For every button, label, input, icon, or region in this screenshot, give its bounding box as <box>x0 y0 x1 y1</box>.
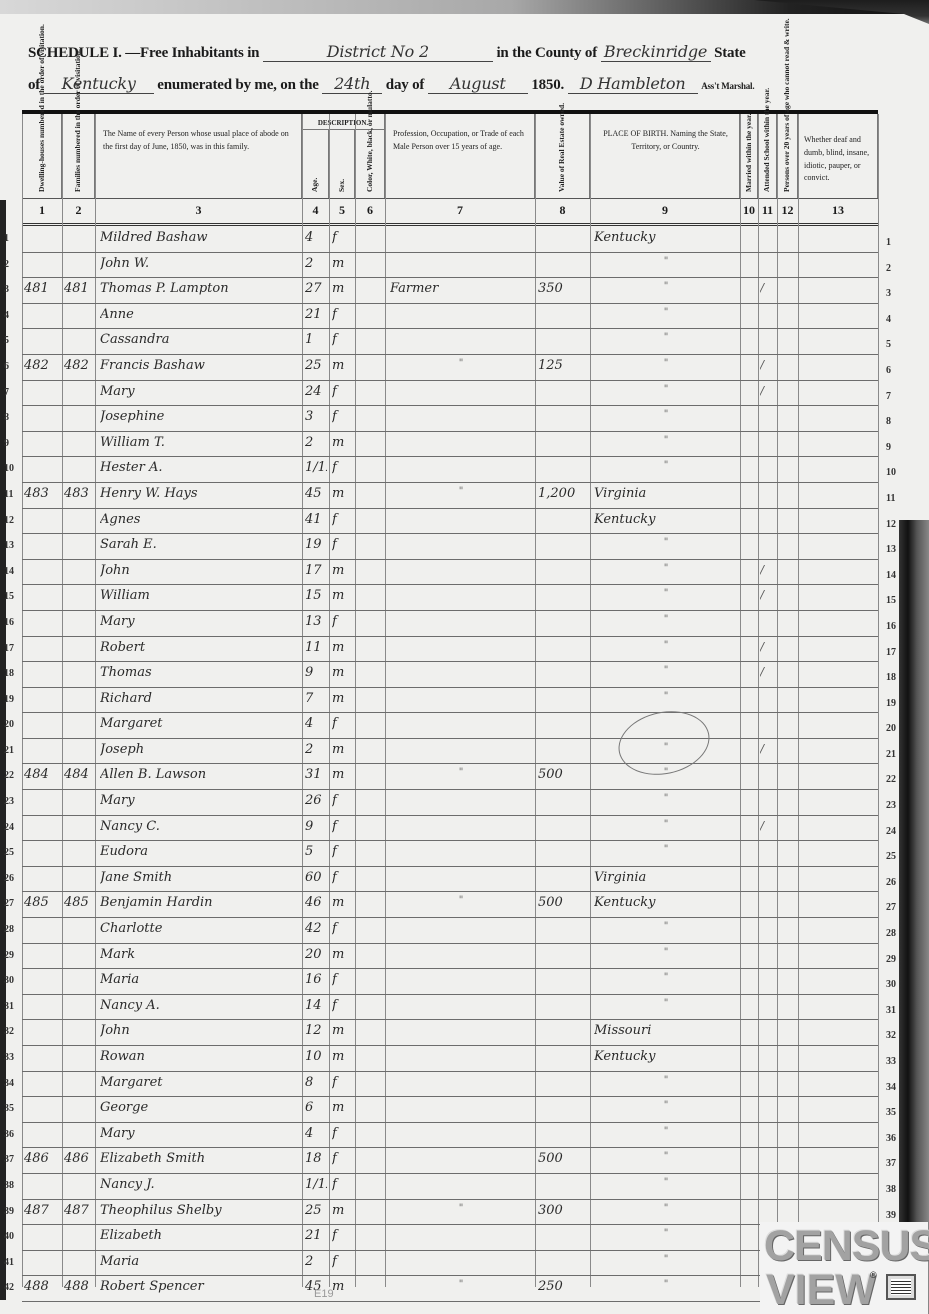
col-header-4: Age. <box>302 130 329 198</box>
person-name: Francis Bashaw <box>100 358 300 373</box>
table-row: 3737486486Elizabeth Smith18f500" <box>22 1148 878 1174</box>
age: 60 <box>305 870 327 885</box>
sex: m <box>332 691 354 706</box>
attended-school-mark: / <box>760 281 776 295</box>
person-name: Mildred Bashaw <box>100 230 300 245</box>
line-number-right: 22 <box>886 774 896 785</box>
table-row: 3838Nancy J.1/12f" <box>22 1174 878 1200</box>
birthplace: " <box>594 307 738 318</box>
col-num-13: 13 <box>798 203 878 218</box>
attended-school-mark: / <box>760 358 776 372</box>
line-number-left: 9 <box>4 438 9 449</box>
sex: m <box>332 1100 354 1115</box>
person-name: Mary <box>100 1126 300 1141</box>
sex: m <box>332 767 354 782</box>
age: 4 <box>305 1126 327 1141</box>
state-label: State <box>714 45 746 61</box>
birthplace: " <box>594 256 738 267</box>
line-number-left: 22 <box>4 770 14 781</box>
table-row: 1010Hester A.1/12f" <box>22 457 878 483</box>
line-number-right: 20 <box>886 723 896 734</box>
col-num-11: 11 <box>758 203 777 218</box>
sex: f <box>332 1177 354 1192</box>
attended-school-mark: / <box>760 640 776 654</box>
occupation: " <box>390 486 532 497</box>
dwelling-number: 486 <box>24 1151 60 1166</box>
line-number-left: 2 <box>4 259 9 270</box>
age: 12 <box>305 1023 327 1038</box>
person-name: Rowan <box>100 1049 300 1064</box>
person-name: Henry W. Hays <box>100 486 300 501</box>
table-row: 3434Margaret8f" <box>22 1072 878 1098</box>
line-number-left: 35 <box>4 1103 14 1114</box>
real-estate-value: 500 <box>538 1151 588 1166</box>
table-row: 1919Richard7m" <box>22 688 878 714</box>
line-number-left: 25 <box>4 847 14 858</box>
family-number: 482 <box>64 358 94 373</box>
table-row: 4040Elizabeth21f" <box>22 1225 878 1251</box>
person-name: John <box>100 563 300 578</box>
person-name: Mary <box>100 793 300 808</box>
line-number-left: 7 <box>4 387 9 398</box>
birthplace: " <box>594 921 738 932</box>
age: 2 <box>305 742 327 757</box>
sex: f <box>332 1075 354 1090</box>
line-number-right: 8 <box>886 416 891 427</box>
table-row: 3333Rowan10mKentucky <box>22 1046 878 1072</box>
birthplace: " <box>594 640 738 651</box>
person-name: Cassandra <box>100 332 300 347</box>
table-row: 1717Robert11m"/ <box>22 637 878 663</box>
dwelling-number: 483 <box>24 486 60 501</box>
age: 2 <box>305 256 327 271</box>
birthplace: " <box>594 972 738 983</box>
person-name: George <box>100 1100 300 1115</box>
line-number-right: 13 <box>886 544 896 555</box>
sex: m <box>332 1049 354 1064</box>
table-row: 2121Joseph2m"/ <box>22 739 878 765</box>
birthplace: " <box>594 998 738 1009</box>
line-number-right: 38 <box>886 1184 896 1195</box>
month-field: August <box>428 74 528 94</box>
line-number-right: 28 <box>886 928 896 939</box>
person-name: Benjamin Hardin <box>100 895 300 910</box>
line-number-left: 14 <box>4 566 14 577</box>
line-number-left: 34 <box>4 1078 14 1089</box>
sex: f <box>332 998 354 1013</box>
sex: m <box>332 563 354 578</box>
table-row: 77Mary24f"/ <box>22 381 878 407</box>
col-num-4: 4 <box>302 203 329 218</box>
birthplace: " <box>594 588 738 599</box>
table-row: 1616Mary13f" <box>22 611 878 637</box>
table-body: 11Mildred Bashaw4fKentucky22John W.2m"33… <box>22 227 878 1302</box>
birthplace: " <box>594 1075 738 1086</box>
sex: m <box>332 640 354 655</box>
sex: f <box>332 537 354 552</box>
line-number-right: 23 <box>886 800 896 811</box>
dwelling-number: 488 <box>24 1279 60 1294</box>
col-header-6: Color, White, black, or mulatto. <box>355 130 385 198</box>
age: 21 <box>305 307 327 322</box>
occupation: " <box>390 895 532 906</box>
birthplace: " <box>594 819 738 830</box>
attended-school-mark: / <box>760 742 776 756</box>
occupation: " <box>390 767 532 778</box>
person-name: Richard <box>100 691 300 706</box>
day-of-label: day of <box>386 77 424 93</box>
person-name: Eudora <box>100 844 300 859</box>
birthplace: " <box>594 1100 738 1111</box>
line-number-right: 37 <box>886 1158 896 1169</box>
sex: f <box>332 1228 354 1243</box>
sex: f <box>332 384 354 399</box>
line-number-right: 16 <box>886 621 896 632</box>
person-name: Josephine <box>100 409 300 424</box>
col-header-12: Persons over 20 years of age who cannot … <box>777 114 798 198</box>
age: 8 <box>305 1075 327 1090</box>
table-row: 1313Sarah E.19f" <box>22 534 878 560</box>
sex: m <box>332 588 354 603</box>
birthplace: Kentucky <box>594 1049 738 1064</box>
line-number-left: 17 <box>4 643 14 654</box>
line-number-right: 29 <box>886 954 896 965</box>
age: 24 <box>305 384 327 399</box>
attended-school-mark: / <box>760 384 776 398</box>
sex: m <box>332 947 354 962</box>
col-num-1: 1 <box>22 203 62 218</box>
birthplace: " <box>594 1177 738 1188</box>
line-number-left: 30 <box>4 975 14 986</box>
dwelling-number: 485 <box>24 895 60 910</box>
table-row: 2020Margaret4f <box>22 713 878 739</box>
table-row: 4141Maria2f" <box>22 1251 878 1277</box>
family-number: 486 <box>64 1151 94 1166</box>
sex: m <box>332 665 354 680</box>
line-number-left: 33 <box>4 1052 14 1063</box>
sex: f <box>332 716 354 731</box>
sex: m <box>332 1279 354 1294</box>
line-number-right: 39 <box>886 1210 896 1221</box>
table-row: 44Anne21f" <box>22 304 878 330</box>
sex: m <box>332 486 354 501</box>
birthplace: " <box>594 665 738 676</box>
sex: m <box>332 435 354 450</box>
person-name: Robert <box>100 640 300 655</box>
person-name: Charlotte <box>100 921 300 936</box>
col-num-5: 5 <box>329 203 355 218</box>
col-header-3: The Name of every Person whose usual pla… <box>95 114 302 198</box>
birthplace: Kentucky <box>594 512 738 527</box>
sex: f <box>332 793 354 808</box>
sex: f <box>332 512 354 527</box>
real-estate-value: 500 <box>538 895 588 910</box>
occupation: Farmer <box>390 281 532 296</box>
line-number-left: 37 <box>4 1154 14 1165</box>
age: 42 <box>305 921 327 936</box>
line-number-left: 3 <box>4 284 9 295</box>
age: 25 <box>305 1203 327 1218</box>
person-name: Robert Spencer <box>100 1279 300 1294</box>
line-number-left: 18 <box>4 668 14 679</box>
real-estate-value: 250 <box>538 1279 588 1294</box>
person-name: Mary <box>100 614 300 629</box>
real-estate-value: 125 <box>538 358 588 373</box>
table-row: 3131Nancy A.14f" <box>22 995 878 1021</box>
line-number-left: 23 <box>4 796 14 807</box>
sex: m <box>332 1203 354 1218</box>
birthplace: " <box>594 435 738 446</box>
person-name: Agnes <box>100 512 300 527</box>
age: 9 <box>305 819 327 834</box>
col-header-9: PLACE OF BIRTH. Naming the State, Territ… <box>590 114 740 198</box>
line-number-left: 20 <box>4 719 14 730</box>
line-number-left: 1 <box>4 233 9 244</box>
person-name: Nancy C. <box>100 819 300 834</box>
line-number-right: 5 <box>886 339 891 350</box>
table-row: 33481481Thomas P. Lampton27mFarmer350"/ <box>22 278 878 304</box>
line-number-left: 21 <box>4 745 14 756</box>
line-number-right: 31 <box>886 1005 896 1016</box>
birthplace: " <box>594 793 738 804</box>
line-number-left: 28 <box>4 924 14 935</box>
line-number-right: 10 <box>886 467 896 478</box>
line-number-right: 4 <box>886 314 891 325</box>
sex: m <box>332 1023 354 1038</box>
column-number-row: 1 2 3 4 5 6 7 8 9 10 11 12 13 <box>22 198 878 226</box>
table-row: 11Mildred Bashaw4fKentucky <box>22 227 878 253</box>
age: 6 <box>305 1100 327 1115</box>
col-header-7: Profession, Occupation, or Trade of each… <box>385 114 535 198</box>
line-number-right: 3 <box>886 288 891 299</box>
age: 7 <box>305 691 327 706</box>
age: 27 <box>305 281 327 296</box>
line-number-right: 27 <box>886 902 896 913</box>
line-number-left: 42 <box>4 1282 14 1293</box>
county-label: in the County of <box>496 45 597 61</box>
person-name: Allen B. Lawson <box>100 767 300 782</box>
age: 10 <box>305 1049 327 1064</box>
sex: f <box>332 1126 354 1141</box>
line-number-right: 1 <box>886 237 891 248</box>
birthplace: " <box>594 384 738 395</box>
line-number-left: 6 <box>4 361 9 372</box>
birthplace: " <box>594 1254 738 1265</box>
birthplace: " <box>594 614 738 625</box>
sex: f <box>332 819 354 834</box>
col-num-6: 6 <box>355 203 385 218</box>
occupation: " <box>390 1279 532 1290</box>
person-name: William T. <box>100 435 300 450</box>
age: 45 <box>305 486 327 501</box>
line-number-left: 16 <box>4 617 14 628</box>
dwelling-number: 484 <box>24 767 60 782</box>
table-row: 2727485485Benjamin Hardin46m"500Kentucky <box>22 892 878 918</box>
line-number-right: 35 <box>886 1107 896 1118</box>
age: 5 <box>305 844 327 859</box>
line-number-left: 8 <box>4 412 9 423</box>
age: 13 <box>305 614 327 629</box>
table-row: 3939487487Theophilus Shelby25m"300" <box>22 1200 878 1226</box>
family-number: 485 <box>64 895 94 910</box>
age: 1/12 <box>305 460 327 475</box>
line-number-left: 10 <box>4 463 14 474</box>
line-number-right: 25 <box>886 851 896 862</box>
line-number-right: 11 <box>886 493 895 504</box>
real-estate-value: 500 <box>538 767 588 782</box>
birthplace: " <box>594 281 738 292</box>
age: 17 <box>305 563 327 578</box>
line-number-right: 36 <box>886 1133 896 1144</box>
line-number-right: 15 <box>886 595 896 606</box>
watermark-line2: VIEW <box>766 1266 876 1314</box>
age: 4 <box>305 716 327 731</box>
age: 19 <box>305 537 327 552</box>
birthplace: " <box>594 947 738 958</box>
line-number-right: 21 <box>886 749 896 760</box>
line-number-right: 32 <box>886 1030 896 1041</box>
birthplace: " <box>594 1126 738 1137</box>
table-row: 88Josephine3f" <box>22 406 878 432</box>
age: 2 <box>305 1254 327 1269</box>
person-name: Jane Smith <box>100 870 300 885</box>
line-number-left: 4 <box>4 310 9 321</box>
age: 14 <box>305 998 327 1013</box>
person-name: Anne <box>100 307 300 322</box>
line-number-left: 29 <box>4 950 14 961</box>
line-number-right: 2 <box>886 263 891 274</box>
sex: f <box>332 844 354 859</box>
sex: f <box>332 1254 354 1269</box>
age: 31 <box>305 767 327 782</box>
age: 18 <box>305 1151 327 1166</box>
table-row: 2222484484Allen B. Lawson31m"500" <box>22 764 878 790</box>
col-num-10: 10 <box>740 203 758 218</box>
line-number-left: 38 <box>4 1180 14 1191</box>
col-header-8: Value of Real Estate owned. <box>535 114 590 198</box>
person-name: Nancy A. <box>100 998 300 1013</box>
line-number-left: 12 <box>4 515 14 526</box>
birthplace: " <box>594 691 738 702</box>
line-number-left: 11 <box>4 489 13 500</box>
age: 41 <box>305 512 327 527</box>
age: 9 <box>305 665 327 680</box>
col-num-7: 7 <box>385 203 535 218</box>
person-name: Maria <box>100 1254 300 1269</box>
birthplace: " <box>594 537 738 548</box>
birthplace: " <box>594 332 738 343</box>
occupation: " <box>390 1203 532 1214</box>
line-number-left: 15 <box>4 591 14 602</box>
line-number-right: 12 <box>886 519 896 530</box>
age: 1 <box>305 332 327 347</box>
table-row: 1515William15m"/ <box>22 585 878 611</box>
col-header-11: Attended School within the year. <box>758 114 777 198</box>
birthplace: Virginia <box>594 486 738 501</box>
person-name: John W. <box>100 256 300 271</box>
table-row: 1111483483Henry W. Hays45m"1,200Virginia <box>22 483 878 509</box>
person-name: John <box>100 1023 300 1038</box>
col-header-13: Whether deaf and dumb, blind, insane, id… <box>798 114 878 198</box>
col-num-2: 2 <box>62 203 95 218</box>
scan-right-edge <box>899 520 929 1314</box>
col-header-1: Dwelling-houses numbered in the order of… <box>22 114 62 198</box>
line-number-right: 26 <box>886 877 896 888</box>
line-number-left: 19 <box>4 694 14 705</box>
schedule-title-line2: of Kentucky enumerated by me, on the 24t… <box>28 74 754 94</box>
county-field: Breckinridge <box>601 42 711 62</box>
person-name: Maria <box>100 972 300 987</box>
person-name: Mark <box>100 947 300 962</box>
birthplace: " <box>594 1279 738 1290</box>
table-row: 3232John12mMissouri <box>22 1020 878 1046</box>
table-row: 99William T.2m" <box>22 432 878 458</box>
col-num-9: 9 <box>590 203 740 218</box>
age: 16 <box>305 972 327 987</box>
watermark-line1: CENSUS <box>764 1222 929 1271</box>
birthplace: Kentucky <box>594 895 738 910</box>
dwelling-number: 487 <box>24 1203 60 1218</box>
real-estate-value: 350 <box>538 281 588 296</box>
line-number-left: 40 <box>4 1231 14 1242</box>
schedule-text: —Free Inhabitants in <box>125 45 259 61</box>
birthplace: Virginia <box>594 870 738 885</box>
col-header-5: Sex. <box>329 130 355 198</box>
sex: m <box>332 742 354 757</box>
sex: m <box>332 895 354 910</box>
person-name: Thomas P. Lampton <box>100 281 300 296</box>
person-name: Elizabeth <box>100 1228 300 1243</box>
line-number-left: 5 <box>4 335 9 346</box>
person-name: Elizabeth Smith <box>100 1151 300 1166</box>
age: 2 <box>305 435 327 450</box>
person-name: Margaret <box>100 1075 300 1090</box>
person-name: William <box>100 588 300 603</box>
sex: f <box>332 230 354 245</box>
line-number-right: 14 <box>886 570 896 581</box>
age: 26 <box>305 793 327 808</box>
birthplace: " <box>594 563 738 574</box>
age: 20 <box>305 947 327 962</box>
line-number-left: 13 <box>4 540 14 551</box>
sex: f <box>332 921 354 936</box>
marshal-label: Ass't Marshal. <box>701 81 754 91</box>
sex: f <box>332 332 354 347</box>
col-header-10: Married within the year. <box>740 114 758 198</box>
age: 15 <box>305 588 327 603</box>
real-estate-value: 300 <box>538 1203 588 1218</box>
person-name: Joseph <box>100 742 300 757</box>
line-number-left: 32 <box>4 1026 14 1037</box>
table-row: 2828Charlotte42f" <box>22 918 878 944</box>
line-number-right: 33 <box>886 1056 896 1067</box>
table-row: 2424Nancy C.9f"/ <box>22 816 878 842</box>
district-field: District No 2 <box>263 42 493 62</box>
birthplace: " <box>594 409 738 420</box>
state-field: Kentucky <box>44 74 154 94</box>
age: 21 <box>305 1228 327 1243</box>
family-number: 488 <box>64 1279 94 1294</box>
year-label: 1850. <box>531 77 564 93</box>
dwelling-number: 482 <box>24 358 60 373</box>
schedule-title-line1: SCHEDULE I. —Free Inhabitants in Distric… <box>28 42 746 62</box>
birthplace: " <box>594 460 738 471</box>
sex: f <box>332 972 354 987</box>
sex: f <box>332 409 354 424</box>
birthplace: " <box>594 358 738 369</box>
person-name: Hester A. <box>100 460 300 475</box>
sex: f <box>332 307 354 322</box>
